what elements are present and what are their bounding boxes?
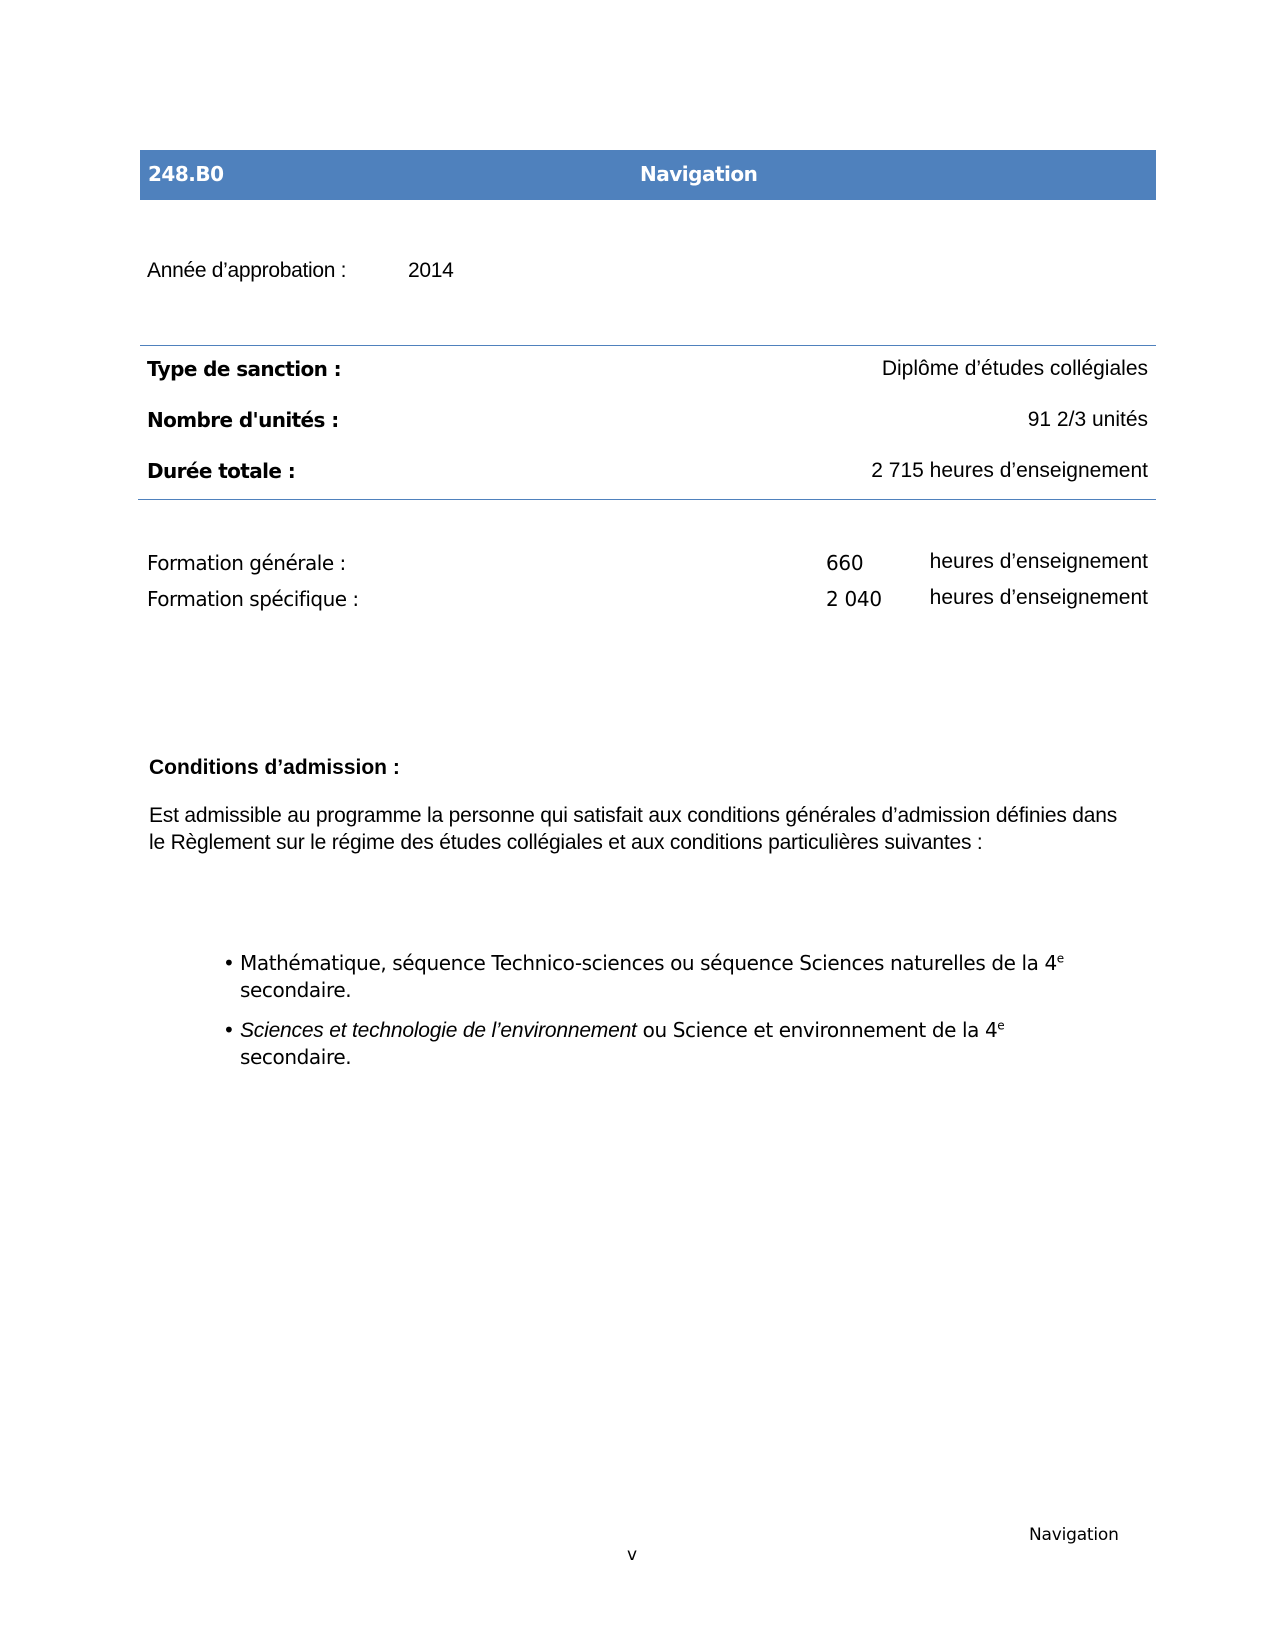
general-training-label: Formation générale : — [147, 551, 346, 575]
approval-label: Année d’approbation : — [147, 259, 346, 282]
requirement-superscript: e — [997, 1018, 1004, 1032]
summary-bottom-divider — [138, 499, 1156, 500]
page-number: v — [627, 1545, 637, 1565]
list-item: • Sciences et technologie de l’environne… — [220, 1017, 1100, 1070]
program-header-bar: 248.B0 Navigation — [140, 150, 1156, 200]
specific-training-unit: heures d’enseignement — [930, 586, 1148, 610]
requirement-superscript: e — [1057, 951, 1064, 965]
duration-value: 2 715 heures d’enseignement — [871, 459, 1148, 483]
approval-year-row: Année d’approbation : 2014 — [147, 259, 346, 283]
sanction-value: Diplôme d’études collégiales — [882, 357, 1148, 381]
units-value: 91 2/3 unités — [1028, 408, 1148, 432]
requirement-italic: Sciences et technologie de l’environneme… — [240, 1019, 637, 1042]
sanction-label: Type de sanction : — [147, 357, 341, 381]
bullet-icon: • — [223, 950, 234, 976]
footer-program-title: Navigation — [1029, 1525, 1119, 1545]
summary-top-divider — [140, 345, 1156, 346]
requirement-text: ou Science et environnement de la 4 — [637, 1018, 998, 1042]
units-label: Nombre d'unités : — [147, 408, 339, 432]
requirement-text: Mathématique, séquence Technico-sciences… — [240, 951, 1057, 975]
duration-label: Durée totale : — [147, 459, 295, 483]
admission-heading: Conditions d’admission : — [149, 756, 400, 780]
general-training-hours: 660 — [826, 551, 863, 575]
bullet-icon: • — [223, 1017, 234, 1043]
admission-paragraph: Est admissible au programme la personne … — [149, 802, 1117, 856]
specific-training-label: Formation spécifique : — [147, 587, 359, 611]
requirement-text-end: secondaire. — [240, 1045, 351, 1069]
list-item: • Mathématique, séquence Technico-scienc… — [220, 950, 1100, 1003]
approval-year: 2014 — [408, 259, 454, 283]
specific-training-hours: 2 040 — [826, 587, 882, 611]
program-title: Navigation — [640, 162, 757, 186]
program-code: 248.B0 — [148, 162, 224, 186]
requirement-text-end: secondaire. — [240, 978, 351, 1002]
general-training-unit: heures d’enseignement — [930, 550, 1148, 574]
admission-requirements-list: • Mathématique, séquence Technico-scienc… — [220, 950, 1100, 1084]
